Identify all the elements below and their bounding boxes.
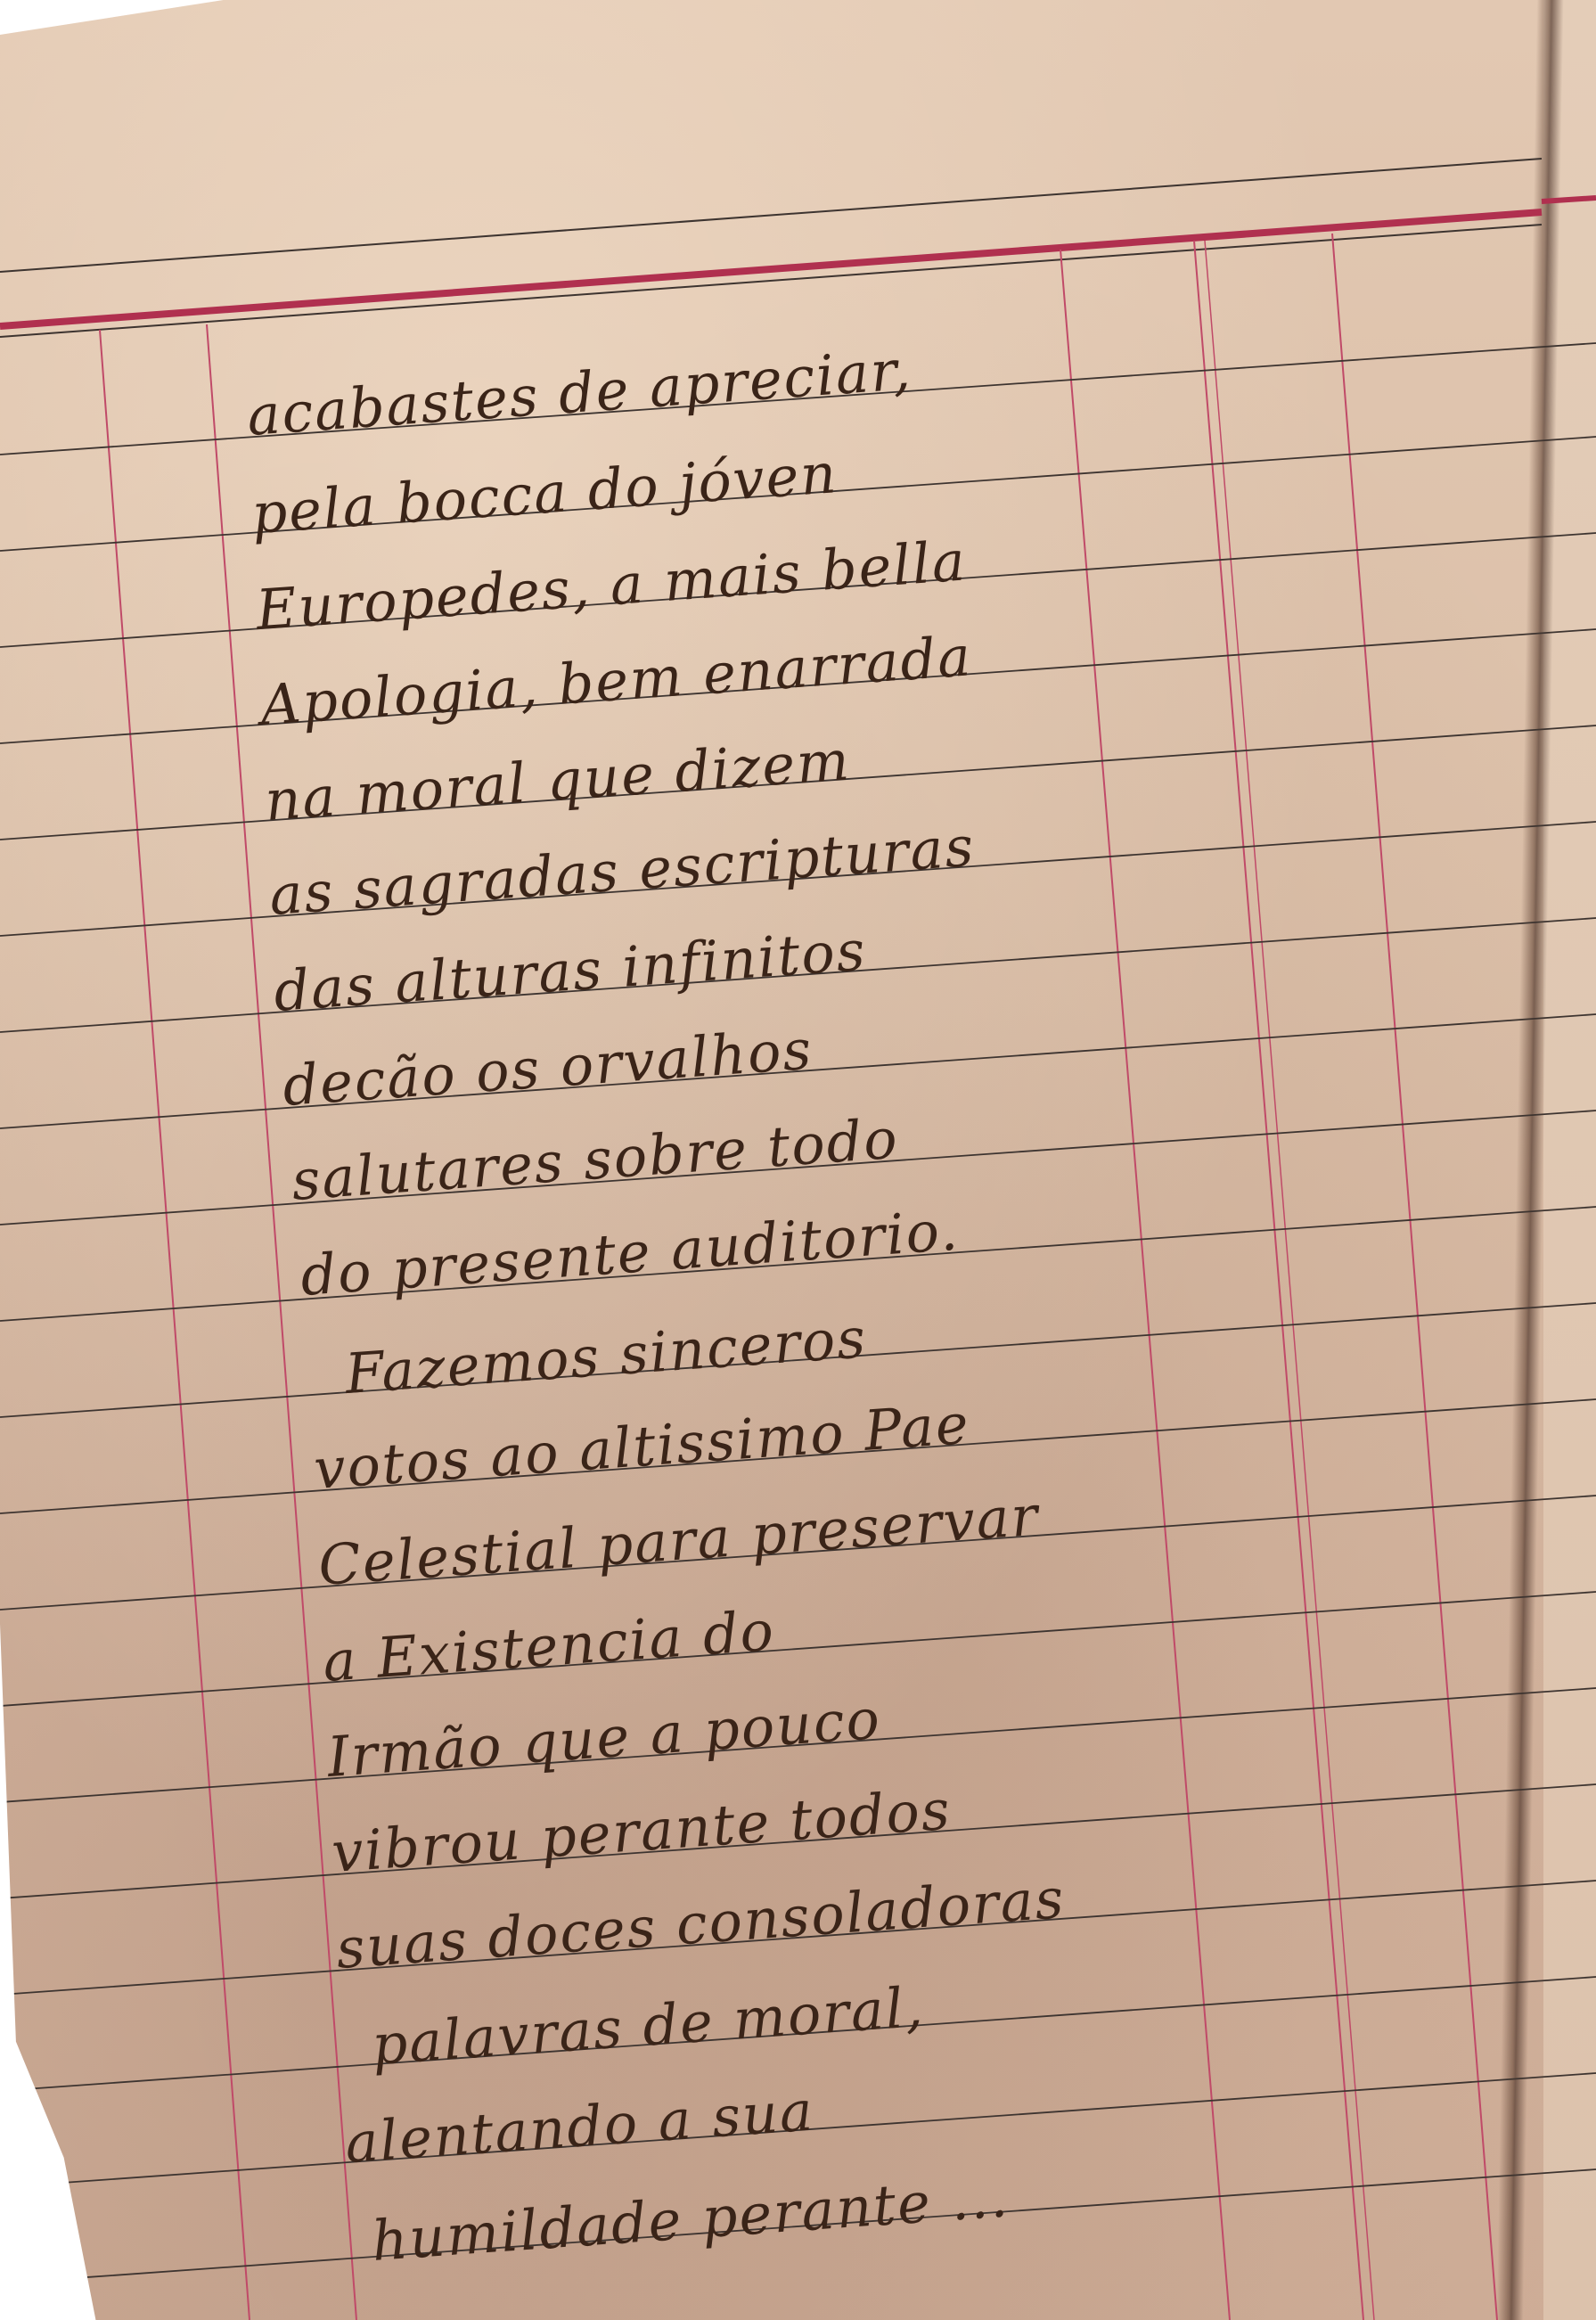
text-line: Irmão que a pouco xyxy=(325,1686,883,1790)
text-line: Celestial para preservar xyxy=(316,1483,1042,1598)
text-line: vibrou perante todos xyxy=(330,1777,954,1885)
text-line: Fazemos sinceros xyxy=(343,1305,869,1406)
text-line: pela bocca do jóven xyxy=(250,440,839,546)
handwritten-text: acabastes de apreciar, pela bocca do jóv… xyxy=(0,0,1596,2320)
text-line: palavras de moral, xyxy=(370,1974,927,2078)
text-line: do presente auditorio. xyxy=(299,1198,962,1308)
text-line: Europedes, a mais bella xyxy=(254,528,969,643)
text-line: salutares sobre todo xyxy=(290,1106,901,1213)
text-line: as sagradas escripturas xyxy=(267,814,978,928)
text-line: Apologia, bem enarrada xyxy=(258,623,974,738)
text-line: votos ao altissimo Pae xyxy=(312,1391,972,1502)
text-line: a Existencia do xyxy=(321,1598,777,1694)
ledger-page: acabastes de apreciar, pela bocca do jóv… xyxy=(0,0,1596,2320)
text-line: acabastes de apreciar, xyxy=(245,337,914,448)
text-line: decão os orvalhos xyxy=(281,1017,814,1119)
text-line: na moral que dizem xyxy=(263,727,853,833)
text-line: humildade perante ... xyxy=(370,2164,1011,2274)
text-line: suas doces consoladoras xyxy=(334,1865,1068,1981)
text-line: alentando a sua xyxy=(343,2078,816,2176)
text-line: das alturas infinitos xyxy=(272,918,869,1024)
